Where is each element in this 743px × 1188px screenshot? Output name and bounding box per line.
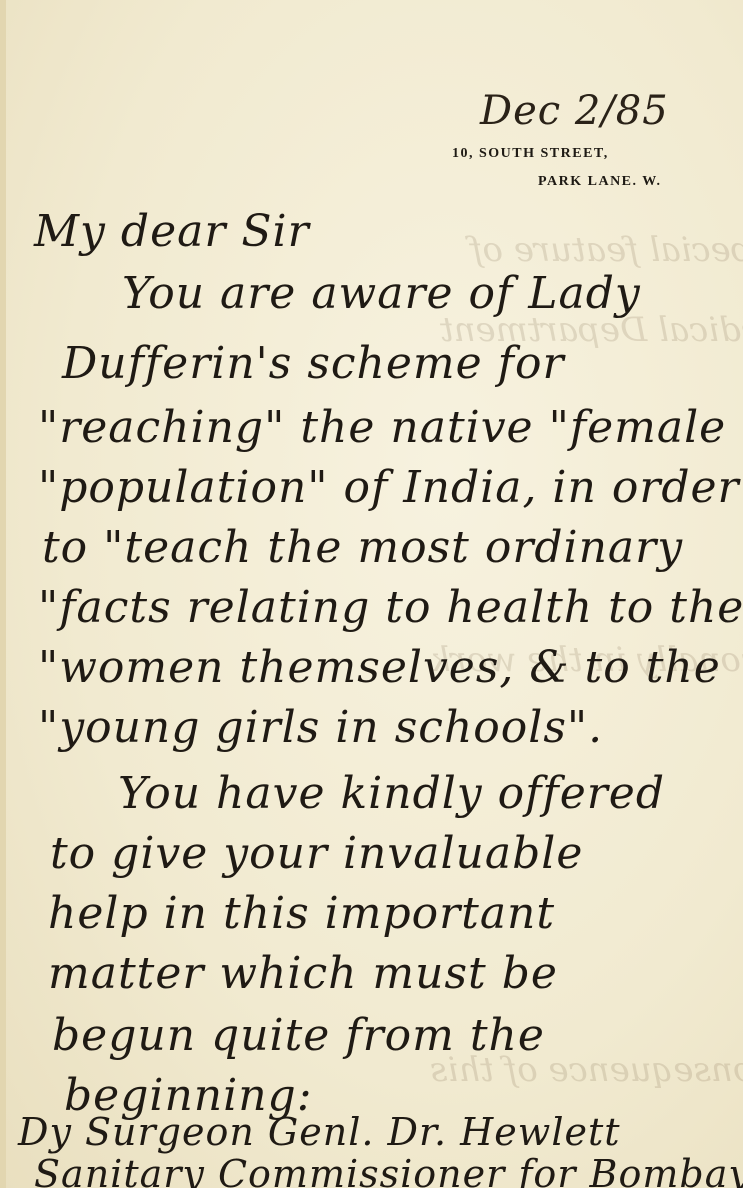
bleed-through-text: the special feature of [470,230,743,270]
letterhead-street: 10, SOUTH STREET, [452,146,609,162]
body-line: You have kindly offered [118,768,665,819]
body-line: "facts relating to health to the [38,582,743,633]
body-line: Dufferin's scheme for [62,338,565,389]
body-line: "reaching" the native "female [38,402,726,453]
addressee-name: Dy Surgeon Genl. Dr. Hewlett [18,1110,621,1154]
body-line: You are aware of Lady [122,268,641,319]
body-line: help in this important [48,888,555,939]
body-line: to give your invaluable [50,828,583,879]
body-line: to "teach the most ordinary [42,522,683,573]
body-line: begun quite from the [52,1010,545,1061]
salutation: My dear Sir [34,206,310,257]
addressee-title: Sanitary Commissioner for Bombay [34,1152,743,1188]
letter-date: Dec 2/85 [480,88,669,134]
body-line: "population" of India, in order [38,462,740,513]
body-line: "women themselves, & to the [38,642,721,693]
paper-edge [0,0,6,1188]
letterhead-area: PARK LANE. W. [538,174,661,190]
body-line: "young girls in schools". [38,702,603,753]
body-line: matter which must be [48,948,558,999]
